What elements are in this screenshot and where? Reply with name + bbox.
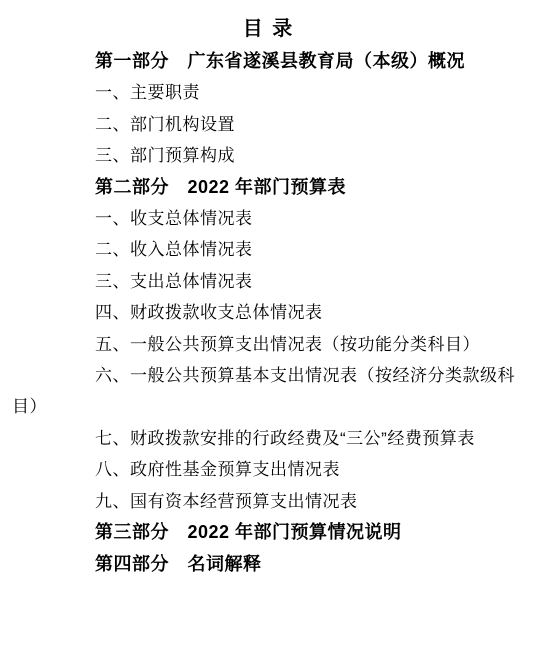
toc-item-part2-6: 六、一般公共预算基本支出情况表（按经济分类款级科目）: [12, 360, 525, 423]
toc-section-part1: 第一部分 广东省遂溪县教育局（本级）概况: [12, 46, 525, 77]
page-title: 目 录: [12, 16, 525, 42]
toc-section-part3: 第三部分 2022 年部门预算情况说明: [12, 517, 525, 548]
toc-section-part4: 第四部分 名词解释: [12, 549, 525, 580]
toc-item-part2-2: 二、收入总体情况表: [12, 234, 525, 265]
toc-item-part2-7: 七、财政拨款安排的行政经费及“三公”经费预算表: [12, 423, 525, 454]
toc-item-part1-3: 三、部门预算构成: [12, 140, 525, 171]
toc-item-part2-4: 四、财政拨款收支总体情况表: [12, 297, 525, 328]
toc-section-part2: 第二部分 2022 年部门预算表: [12, 172, 525, 203]
toc-item-part2-9: 九、国有资本经营预算支出情况表: [12, 486, 525, 517]
toc-item-part2-5: 五、一般公共预算支出情况表（按功能分类科目）: [12, 329, 525, 360]
document-page: 目 录 第一部分 广东省遂溪县教育局（本级）概况 一、主要职责 二、部门机构设置…: [0, 0, 555, 663]
toc-item-part2-8: 八、政府性基金预算支出情况表: [12, 454, 525, 485]
toc-item-part1-2: 二、部门机构设置: [12, 109, 525, 140]
toc-item-part2-1: 一、收支总体情况表: [12, 203, 525, 234]
table-of-contents: 第一部分 广东省遂溪县教育局（本级）概况 一、主要职责 二、部门机构设置 三、部…: [12, 46, 525, 580]
toc-item-part1-1: 一、主要职责: [12, 77, 525, 108]
toc-item-part2-3: 三、支出总体情况表: [12, 266, 525, 297]
